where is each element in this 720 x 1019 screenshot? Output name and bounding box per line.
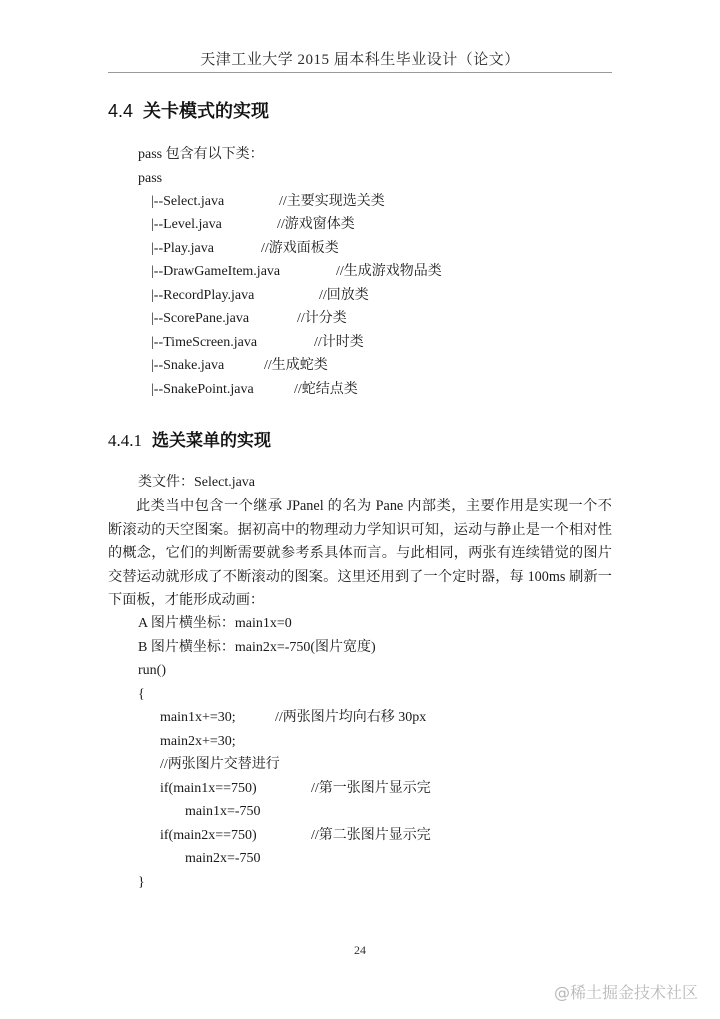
class-comment: //计时类	[314, 334, 364, 352]
page-number: 24	[0, 943, 720, 958]
section-title: 关卡模式的实现	[143, 101, 269, 121]
code-comment: //第一张图片显示完	[311, 780, 431, 798]
class-file: |--DrawGameItem.java	[151, 263, 280, 281]
class-comment: //游戏面板类	[261, 240, 339, 258]
class-file: |--Snake.java	[151, 357, 224, 375]
class-file-label: 类文件：Select.java	[138, 474, 255, 492]
class-file: |--ScorePane.java	[151, 310, 249, 328]
code-line: if(main1x==750)	[160, 780, 257, 798]
class-file: |--Select.java	[151, 193, 224, 211]
class-comment: //蛇结点类	[294, 381, 358, 399]
class-comment: //游戏窗体类	[277, 216, 355, 234]
subsection-number: 4.4.1	[108, 431, 142, 450]
class-file: |--SnakePoint.java	[151, 381, 254, 399]
body-paragraph: 此类当中包含一个继承 JPanel 的名为 Pane 内部类，主要作用是实现一个…	[108, 495, 612, 613]
class-comment: //主要实现选关类	[279, 193, 385, 211]
code-line: main1x+=30;	[160, 709, 236, 727]
code-line: main2x+=30;	[160, 733, 236, 751]
code-line: if(main2x==750)	[160, 827, 257, 845]
class-comment: //计分类	[297, 310, 347, 328]
section-heading: 4.4关卡模式的实现	[108, 97, 269, 123]
code-line: main1x=-750	[185, 803, 261, 821]
class-file: |--TimeScreen.java	[151, 334, 257, 352]
header-divider	[108, 72, 612, 73]
code-line: }	[138, 874, 145, 892]
package-name: pass	[138, 170, 162, 188]
running-header: 天津工业大学 2015 届本科生毕业设计（论文）	[0, 48, 720, 69]
code-line: //两张图片交替进行	[160, 756, 280, 774]
subsection-title: 选关菜单的实现	[152, 431, 271, 450]
class-comment: //生成游戏物品类	[336, 263, 442, 281]
code-line: A 图片横坐标：main1x=0	[138, 615, 292, 633]
code-line: main2x=-750	[185, 850, 261, 868]
watermark: @稀土掘金技术社区	[554, 980, 698, 1003]
subsection-heading: 4.4.1选关菜单的实现	[108, 426, 271, 451]
code-line: B 图片横坐标：main2x=-750(图片宽度)	[138, 639, 376, 657]
class-file: |--Play.java	[151, 240, 214, 258]
class-file: |--Level.java	[151, 216, 222, 234]
package-intro: pass 包含有以下类：	[138, 146, 264, 164]
code-line: run()	[138, 662, 166, 680]
class-comment: //生成蛇类	[264, 357, 328, 375]
code-comment: //第二张图片显示完	[311, 827, 431, 845]
code-line: {	[138, 686, 145, 704]
class-file: |--RecordPlay.java	[151, 287, 254, 305]
section-number: 4.4	[108, 101, 133, 121]
code-comment: //两张图片均向右移 30px	[275, 709, 426, 727]
class-comment: //回放类	[319, 287, 369, 305]
